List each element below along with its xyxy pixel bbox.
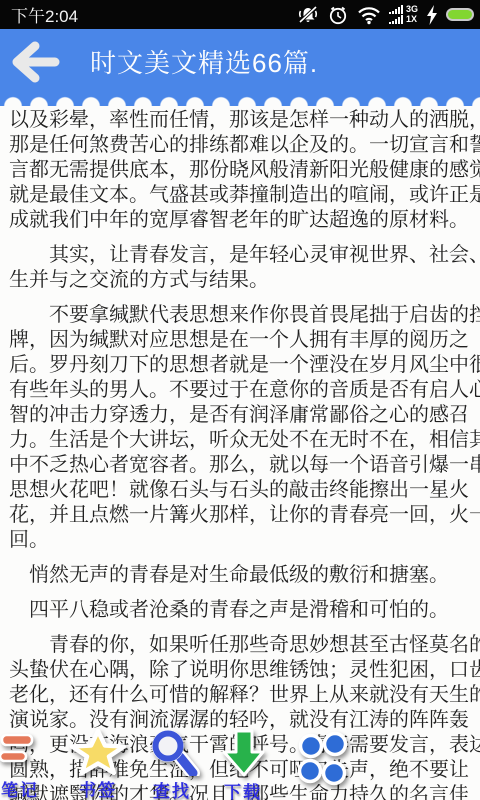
article-line: 力。生活是个大讲坛，听众无处不在无时不在，相信其 — [9, 428, 471, 453]
notes-button[interactable]: 笔记 — [0, 731, 42, 800]
back-arrow-icon — [10, 39, 60, 85]
article-line: 智的冲击力穿透力，是否有润泽庸常鄙俗之心的感召 — [9, 403, 471, 428]
article-paragraph: 悄然无声的青春是对生命最低级的敷衍和搪塞。 — [9, 563, 471, 588]
header-wave-edge — [0, 94, 480, 106]
article-line: 就是最佳文本。气盛甚或莽撞制造出的喧闹，或许正是 — [9, 183, 471, 208]
article-line: 有些年头的男人。不要过于在意你的音质是否有启人心 — [9, 378, 471, 403]
article-line: 花，并且点燃一片篝火那样，让你的青春亮一回，火一 — [9, 503, 471, 528]
article-line: 老化，还有什么可惜的解释？世界上从来就没有天生的 — [9, 683, 471, 708]
network-badge-3g: 3G — [406, 5, 418, 14]
search-label: 查找 — [153, 777, 191, 800]
article-paragraph: 不要拿缄默代表思想来作你畏首畏尾拙于启齿的挡箭牌，因为缄默对应思想是在一个人拥有… — [9, 303, 471, 553]
article-line: 思想火花吧！就像石头与石头的敲击终能擦出一星火 — [9, 478, 471, 503]
status-bar: 下午2:04 — [0, 0, 480, 29]
notes-label: 笔记 — [1, 776, 39, 800]
charging-bolt-icon — [426, 5, 438, 25]
alarm-clock-icon — [327, 5, 349, 25]
status-icons: 3G 1X — [297, 5, 474, 25]
article-line: 以及彩晕，率性而任情，那该是怎样一种动人的洒脱， — [9, 108, 471, 133]
article-line: 言都无需提供底本，那份晓风般清新阳光般健康的感觉 — [9, 158, 471, 183]
download-button[interactable]: 下载 — [220, 729, 266, 800]
status-time: 下午2:04 — [6, 2, 78, 27]
article-line: 生并与之交流的方式与结果。 — [9, 268, 471, 293]
network-badge-1x: 1X — [406, 15, 418, 24]
more-dots-icon — [292, 729, 350, 787]
article-line: 头蛰伏在心隅，除了说明你思维锈蚀；灵性犯困，口齿 — [9, 658, 471, 683]
article-text-area[interactable]: 以及彩晕，率性而任情，那该是怎样一种动人的洒脱，那是任何煞费苦心的排练都难以企及… — [0, 106, 480, 800]
article-line: 成就我们中年的宽厚睿智老年的旷达超逸的原材料。 — [9, 208, 471, 233]
more-button[interactable] — [292, 729, 350, 787]
article-paragraph: 以及彩晕，率性而任情，那该是怎样一种动人的洒脱，那是任何煞费苦心的排练都难以企及… — [9, 108, 471, 233]
signal-bars-icon: 3G 1X — [389, 5, 418, 24]
article-line: 不要拿缄默代表思想来作你畏首畏尾拙于启齿的挡箭 — [9, 303, 471, 328]
bookmark-label: 书签 — [79, 776, 117, 800]
article-paragraph: 四平八稳或者沧桑的青春之声是滑稽和可怕的。 — [9, 598, 471, 623]
bookmark-button[interactable]: 书签 — [68, 729, 128, 800]
mute-vibrate-icon — [297, 5, 319, 25]
article-line: 中不乏热心者宽容者。那么，就以每一个语音引爆一串 — [9, 453, 471, 478]
page-title: 时文美文精选66篇. — [90, 43, 318, 80]
article-line: 悄然无声的青春是对生命最低级的敷衍和搪塞。 — [9, 563, 471, 588]
article-line: 牌，因为缄默对应思想是在一个人拥有丰厚的阅历之 — [9, 328, 471, 353]
bookmark-star-icon — [68, 729, 128, 775]
app-screen: 下午2:04 — [0, 0, 480, 800]
article-line: 那是任何煞费苦心的排练都难以企及的。一切宣言和誓 — [9, 133, 471, 158]
article-line: 青春的你，如果听任那些奇思妙想甚至古怪莫名的念 — [9, 633, 471, 658]
wifi-icon — [357, 5, 381, 25]
battery-icon — [446, 8, 474, 21]
article-line: 四平八稳或者沧桑的青春之声是滑稽和可怕的。 — [9, 598, 471, 623]
header: 时文美文精选66篇. — [0, 29, 480, 94]
back-button[interactable] — [0, 29, 70, 94]
article-line: 其实，让青春发言，是年轻心灵审视世界、社会、人 — [9, 243, 471, 268]
article-paragraph: 其实，让青春发言，是年轻心灵审视世界、社会、人生并与之交流的方式与结果。 — [9, 243, 471, 293]
article-line: 后。罗丹刻刀下的思想者就是一个湮没在岁月风尘中很 — [9, 353, 471, 378]
download-label: 下载 — [224, 778, 262, 800]
search-button[interactable]: 查找 — [144, 729, 200, 800]
article-line: 回。 — [9, 528, 471, 553]
notes-icon — [0, 731, 42, 775]
download-icon — [220, 729, 266, 777]
search-icon — [144, 729, 200, 776]
